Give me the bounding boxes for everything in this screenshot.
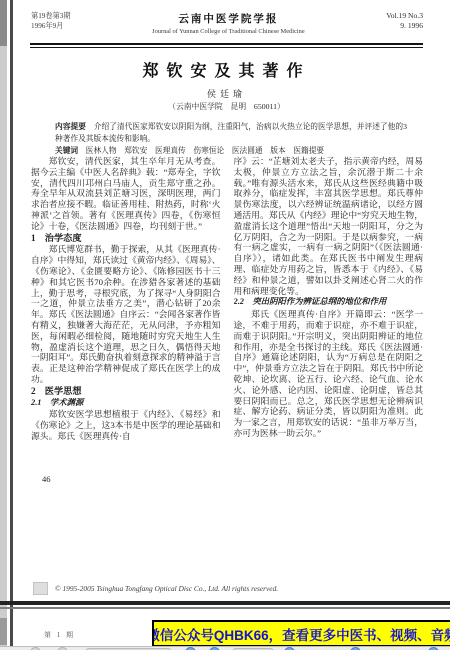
wechat-promo-text: 微信公众号QHBK66，查看更多中医书、视频、音频 [152,624,450,644]
abstract-block: 内容提要 介绍了清代医家郑钦安以阴阳为纲，注重阳气，治病以火热立论的医学思想，并… [55,121,407,157]
page-number: 46 [42,474,51,484]
keywords-label: 关键词 [55,146,78,155]
wechat-promo-banner: 微信公众号QHBK66，查看更多中医书、视频、音频 [152,620,450,647]
journal-title-block: 云南中医学院学报 Journal of Yunnan College of Tr… [71,11,387,35]
scanned-journal-page: 第19卷第3期 1996年9月 云南中医学院学报 Journal of Yunn… [0,0,450,650]
paragraph: 郑氏《医理真传·自序》开篇即云：“医学一途，不难于用药，而难于识症，亦不难于识症… [234,309,424,439]
journal-vol-en: Vol.19 No.3 [386,11,423,21]
right-column: 序》云：“芷塘刘太老夫子，指示黄帝内经，周易太极，仲景立方立法之旨，余沉潜于斯二… [234,156,424,482]
header-rule-thick [30,43,423,45]
left-column: 郑钦安，清代医家，其生卒年月无从考查。据今云主编《中医人名辞典》载：“郑寿全，字… [31,156,221,482]
journal-vol-block: Vol.19 No.3 9. 1996 [386,11,423,31]
scan-bottom-rule-thick [0,601,450,605]
abstract-label: 内容提要 [55,122,86,131]
scrollbar-thumb[interactable] [0,0,7,46]
journal-issue-cn: 第19卷第3期 [31,11,71,21]
article-body: 郑钦安，清代医家，其生卒年月无从考查。据今云主编《中医人名辞典》载：“郑寿全，字… [31,156,423,482]
journal-title-en: Journal of Yunnan College of Traditional… [71,28,387,35]
journal-date-en: 9. 1996 [386,21,423,31]
copyright-row: © 1995-2005 Tsinghua Tongfang Optical Di… [33,582,278,595]
footer-issue-label: 第 1 期 [44,630,75,640]
header-rule-thin [30,47,423,48]
journal-header: 第19卷第3期 1996年9月 云南中医学院学报 Journal of Yunn… [31,11,423,35]
subsection-heading-2-2: 2.2 突出阴阳作为辨证总纲的地位和作用 [234,297,424,308]
scan-page-edge-line [10,0,13,646]
abstract-line: 内容提要 介绍了清代医家郑钦安以阴阳为纲，注重阳气，治病以火热立论的医学思想，并… [55,121,407,144]
article-title: 郑钦安及其著作 [30,58,423,81]
vertical-scrollbar[interactable] [0,0,7,650]
paragraph: 郑钦安医学思想植根于《内经》、《易经》和《伤寒论》之上，这3本书是中医学的理论基… [31,409,221,441]
paragraph: 郑钦安，清代医家，其生卒年月无从考查。据今云主编《中医人名辞典》载：“郑寿全，字… [31,156,221,232]
paragraph: 序》云：“芷塘刘太老夫子，指示黄帝内经，周易太极，仲景立方立法之旨，余沉潜于斯二… [234,156,424,296]
keywords-text: 医林人物 郑钦安 医理真传 伤寒恒论 医法圆通 版本 医籍提要 [86,146,324,155]
scan-bottom-rule-thin [0,607,450,609]
publisher-logo-icon [33,582,48,595]
journal-title-cn: 云南中医学院学报 [71,11,387,26]
scrollbar-thumb-lower[interactable] [0,618,7,645]
abstract-text: 介绍了清代医家郑钦安以阴阳为纲，注重阳气，治病以火热立论的医学思想，并评述了他的… [55,122,407,143]
journal-issue-block: 第19卷第3期 1996年9月 [31,11,71,31]
subsection-heading-2-1: 2.1 学术渊源 [31,398,221,409]
article-affiliation: （云南中医学院 昆明 650011） [30,101,423,112]
paragraph: 郑氏博览群书，勤于探索，从其《医理真传·自序》中得知，郑氏读过《黄帝内经》、《周… [31,244,221,384]
section-heading-1: 1 治学态度 [31,233,221,244]
section-heading-2: 2 医学思想 [31,386,221,397]
journal-date-cn: 1996年9月 [31,21,71,31]
copyright-text: © 1995-2005 Tsinghua Tongfang Optical Di… [55,584,278,593]
article-author: 侯廷瑜 [30,87,423,100]
